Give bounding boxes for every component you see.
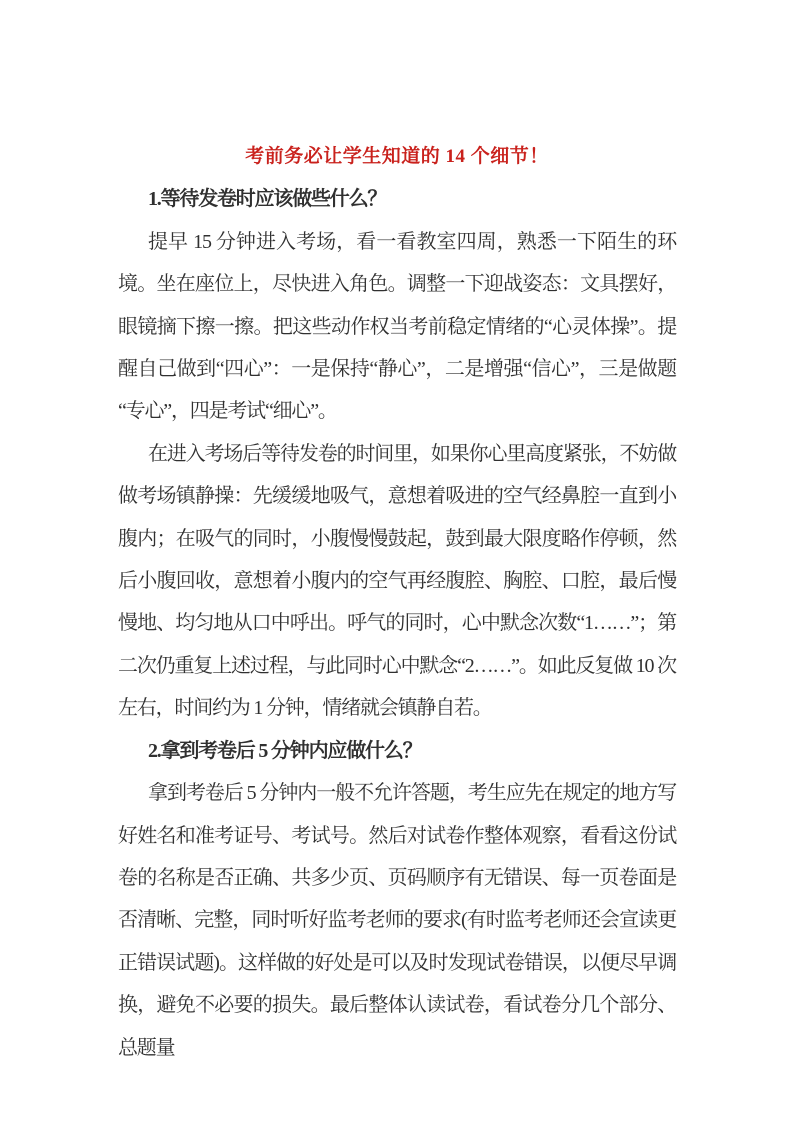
section-1-heading: 1.等待发卷时应该做些什么？ [118,178,676,220]
document-title: 考前务必让学生知道的 14 个细节！ [118,136,676,178]
section-2-heading: 2.拿到考卷后 5 分钟内应做什么？ [118,730,676,772]
section-1: 1.等待发卷时应该做些什么？ 提早 15 分钟进入考场，看一看教室四周，熟悉一下… [118,178,676,729]
document-background: { "document": { "title": "考前务必让学生知道的 14 … [0,0,793,1122]
document-page: 考前务必让学生知道的 14 个细节！ 1.等待发卷时应该做些什么？ 提早 15 … [0,0,793,1122]
section-1-paragraph-1: 提早 15 分钟进入考场，看一看教室四周，熟悉一下陌生的环境。坐在座位上，尽快进… [118,221,676,433]
section-2: 2.拿到考卷后 5 分钟内应做什么？ 拿到考卷后 5 分钟内一般不允许答题，考生… [118,730,676,1069]
section-2-paragraph-1: 拿到考卷后 5 分钟内一般不允许答题，考生应先在规定的地方写好姓名和准考证号、考… [118,772,676,1069]
section-1-paragraph-2: 在进入考场后等待发卷的时间里，如果你心里高度紧张，不妨做做考场镇静操：先缓缓地吸… [118,433,676,730]
